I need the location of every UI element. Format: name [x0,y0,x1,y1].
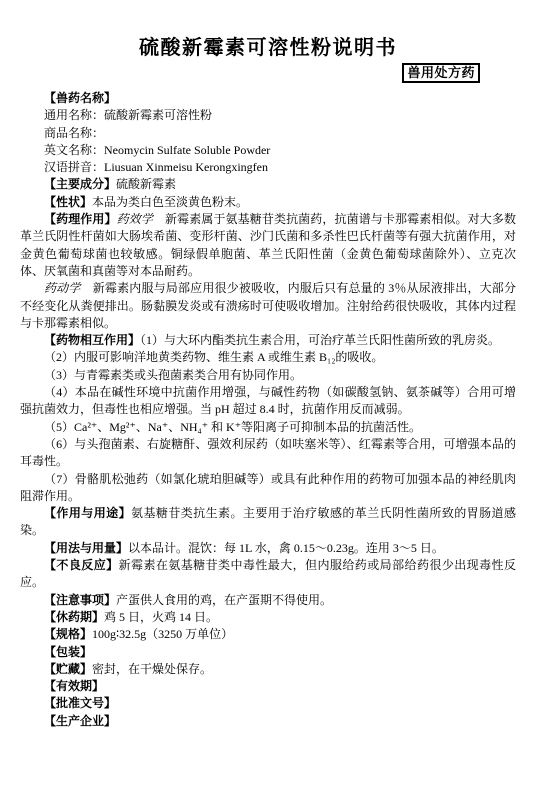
paragraph: 英文名称：Neomycin Sulfate Soluble Powder [20,142,516,159]
section-label: 【药物相互作用】 [44,333,140,347]
section-label: 【有效期】 [44,679,104,693]
section-label: 【性状】 [44,195,92,209]
section-label: 【主要成分】 [44,177,116,191]
paragraph: 【生产企业】 [20,713,516,730]
paragraph-text: 通用名称：硫酸新霉素可溶性粉 [44,108,212,122]
paragraph: 【性状】本品为类白色至淡黄色粉末。 [20,194,516,211]
paragraph: 汉语拼音：Liusuan Xinmeisu Kerongxingfen [20,159,516,176]
section-label: 【生产企业】 [44,714,116,728]
section-label: 【药理作用】 [44,212,117,226]
section-label: 【贮藏】 [44,662,92,676]
paragraph: （2）内服可影响洋地黄类药物、维生素 A 或维生素 B₁₂的吸收。 [20,349,516,366]
paragraph-text: 硫酸新霉素 [116,177,176,191]
sub-heading: 药动学 [44,281,81,295]
paragraph: 【药理作用】药效学 新霉素属于氨基糖苷类抗菌药，抗菌谱与卡那霉素相似。对大多数革… [20,211,516,280]
section-label: 【兽药名称】 [44,91,116,105]
paragraph-text: 本品为类白色至淡黄色粉末。 [92,195,248,209]
paragraph-text: （7）骨骼肌松弛药（如氯化琥珀胆碱等）或具有此种作用的药物可加强本品的神经肌肉阻… [20,472,516,503]
paragraph: 【有效期】 [20,678,516,695]
paragraph: 药动学 新霉素内服与局部应用很少被吸收，内服后只有总量的 3％从尿液排出，大部分… [20,280,516,332]
badge-row: 兽用处方药 [20,63,480,84]
sub-heading: 药效学 [117,212,153,226]
paragraph-text: 以本品计。混饮：每 1L 水，禽 0.15～0.23g。连用 3～5 日。 [128,541,444,555]
paragraph: （7）骨骼肌松弛药（如氯化琥珀胆碱等）或具有此种作用的药物可加强本品的神经肌肉阻… [20,471,516,506]
document-page: 硫酸新霉素可溶性粉说明书 兽用处方药 【兽药名称】 通用名称：硫酸新霉素可溶性粉… [0,0,536,812]
section-label: 【用法与用量】 [44,541,128,555]
paragraph-text: （2）内服可影响洋地黄类药物、维生素 A 或维生素 B₁₂的吸收。 [44,350,383,364]
paragraph: 【主要成分】硫酸新霉素 [20,176,516,193]
section-label: 【不良反应】 [44,558,119,572]
paragraph: 商品名称： [20,125,516,142]
paragraph: 【兽药名称】 [20,90,516,107]
paragraph: 【药物相互作用】（1）与大环内酯类抗生素合用，可治疗革兰氏阳性菌所致的乳房炎。 [20,332,516,349]
paragraph-text: （6）与头孢菌素、右旋糖酐、强效利尿药（如呋塞米等）、红霉素等合用，可增强本品的… [20,437,516,468]
paragraph: 【用法与用量】以本品计。混饮：每 1L 水，禽 0.15～0.23g。连用 3～… [20,540,516,557]
paragraph: 【贮藏】密封，在干燥处保存。 [20,661,516,678]
paragraph: （4）本品在碱性环境中抗菌作用增强，与碱性药物（如碳酸氢钠、氨茶碱等）合用可增强… [20,384,516,419]
paragraph: 【休药期】鸡 5 日，火鸡 14 日。 [20,609,516,626]
paragraph-text: 100g∶32.5g（3250 万单位） [92,627,233,641]
paragraph-text: 密封，在干燥处保存。 [92,662,212,676]
paragraph-text: （5）Ca²⁺、Mg²⁺、Na⁺、NH₄⁺ 和 K⁺等阳离子可抑制本品的抗菌活性… [44,420,421,434]
paragraph: 【批准文号】 [20,695,516,712]
section-label: 【注意事项】 [44,593,116,607]
paragraph-text: 英文名称：Neomycin Sulfate Soluble Powder [44,143,270,157]
paragraph: 【注意事项】产蛋供人食用的鸡，在产蛋期不得使用。 [20,592,516,609]
paragraph-text: （3）与青霉素类或头孢菌素类合用有协同作用。 [44,368,302,382]
paragraph: 【包装】 [20,644,516,661]
section-label: 【规格】 [44,627,92,641]
paragraph-text: 商品名称： [44,126,104,140]
paragraph-text: 产蛋供人食用的鸡，在产蛋期不得使用。 [116,593,332,607]
section-label: 【包装】 [44,645,92,659]
document-body: 【兽药名称】 通用名称：硫酸新霉素可溶性粉 商品名称： 英文名称：Neomyci… [20,90,516,730]
paragraph-text: （1）与大环内酯类抗生素合用，可治疗革兰氏阳性菌所致的乳房炎。 [140,333,500,347]
paragraph-text: （4）本品在碱性环境中抗菌作用增强，与碱性药物（如碳酸氢钠、氨茶碱等）合用可增强… [20,385,516,416]
paragraph: 【规格】100g∶32.5g（3250 万单位） [20,626,516,643]
document-title: 硫酸新霉素可溶性粉说明书 [20,36,516,60]
section-label: 【休药期】 [44,610,104,624]
paragraph-text: 汉语拼音：Liusuan Xinmeisu Kerongxingfen [44,160,268,174]
section-label: 【批准文号】 [44,696,116,710]
paragraph: 通用名称：硫酸新霉素可溶性粉 [20,107,516,124]
paragraph-text: 新霉素内服与局部应用很少被吸收，内服后只有总量的 3％从尿液排出，大部分不经变化… [20,281,516,330]
section-label: 【作用与用途】 [44,506,131,520]
paragraph-text: 鸡 5 日，火鸡 14 日。 [104,610,218,624]
prescription-badge: 兽用处方药 [402,63,480,83]
paragraph: （6）与头孢菌素、右旋糖酐、强效利尿药（如呋塞米等）、红霉素等合用，可增强本品的… [20,436,516,471]
paragraph: 【作用与用途】氨基糖苷类抗生素。主要用于治疗敏感的革兰氏阴性菌所致的胃肠道感染。 [20,505,516,540]
paragraph: （3）与青霉素类或头孢菌素类合用有协同作用。 [20,367,516,384]
paragraph: （5）Ca²⁺、Mg²⁺、Na⁺、NH₄⁺ 和 K⁺等阳离子可抑制本品的抗菌活性… [20,419,516,436]
paragraph: 【不良反应】新霉素在氨基糖苷类中毒性最大，但内服给药或局部给药很少出现毒性反应。 [20,557,516,592]
